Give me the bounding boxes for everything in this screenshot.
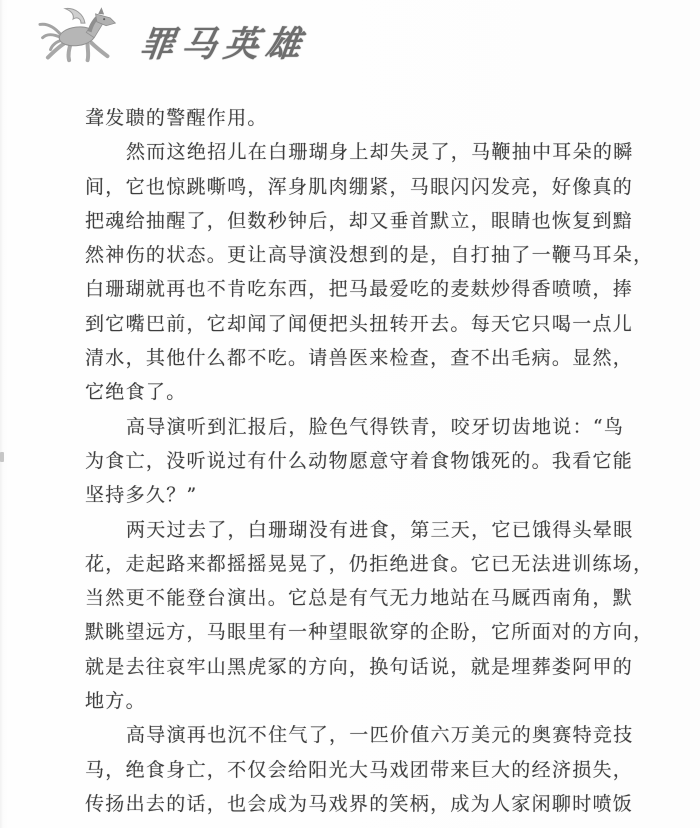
chapter-header: 罪马英雄 [36,2,308,72]
scan-edge-artifact [0,452,4,462]
text-line: 坚持多久？” [85,478,637,512]
scanned-book-page: 罪马英雄 聋发聩的警醒作用。然而这绝招儿在白珊瑚身上却失灵了，马鞭抽中耳朵的瞬间… [0,0,700,828]
text-line: 两天过去了，白珊瑚没有进食，第三天，它已饿得头晕眼 [85,513,637,547]
book-title: 罪马英雄 [137,17,311,67]
text-line: 白珊瑚就再也不肯吃东西，把马最爱吃的麦麸炒得香喷喷，捧 [85,272,637,306]
text-line: 聋发聩的警醒作用。 [85,101,637,135]
text-line: 把魂给抽醒了，但数秒钟后，却又垂首默立，眼睛也恢复到黯 [85,204,637,238]
text-line: 为食亡，没听说过有什么动物愿意守着食物饿死的。我看它能 [85,444,637,478]
pegasus-horse-icon [36,4,122,70]
text-line: 传扬出去的话，也会成为马戏界的笑柄，成为人家闲聊时喷饭 [85,787,637,821]
text-line: 到它嘴巴前，它却闻了闻便把头扭转开去。每天它只喝一点儿 [85,307,637,341]
text-line: 地方。 [85,684,637,718]
text-line: 当然更不能登台演出。它总是有气无力地站在马厩西南角，默 [85,581,637,615]
page-text: 聋发聩的警醒作用。然而这绝招儿在白珊瑚身上却失灵了，马鞭抽中耳朵的瞬间，它也惊跳… [85,101,637,821]
text-line: 然而这绝招儿在白珊瑚身上却失灵了，马鞭抽中耳朵的瞬 [85,135,637,169]
text-line: 它绝食了。 [85,375,637,409]
text-line: 然神伤的状态。更让高导演没想到的是，自打抽了一鞭马耳朵， [85,238,637,272]
text-line: 清水，其他什么都不吃。请兽医来检查，查不出毛病。显然， [85,341,637,375]
text-line: 就是去往哀牢山黑虎冢的方向，换句话说，就是埋葬娄阿甲的 [85,650,637,684]
text-line: 高导演再也沉不住气了，一匹价值六万美元的奥赛特竞技 [85,718,637,752]
text-line: 高导演听到汇报后，脸色气得铁青，咬牙切齿地说：“鸟 [85,410,637,444]
text-line: 花，走起路来都摇摇晃晃了，仍拒绝进食。它已无法进训练场， [85,547,637,581]
text-line: 默眺望远方，马眼里有一种望眼欲穿的企盼，它所面对的方向， [85,615,637,649]
text-line: 间，它也惊跳嘶鸣，浑身肌肉绷紧，马眼闪闪发亮，好像真的 [85,170,637,204]
text-line: 马，绝食身亡，不仅会给阳光大马戏团带来巨大的经济损失， [85,753,637,787]
